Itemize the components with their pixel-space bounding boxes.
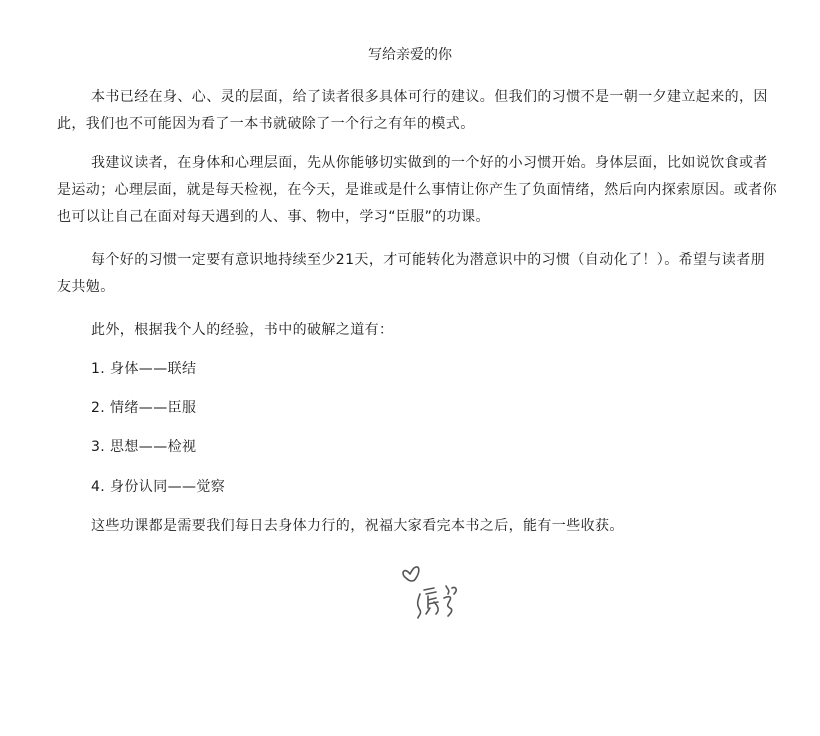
list-item: 3. 思想——检视 <box>91 438 196 456</box>
list-item: 4. 身份认同——觉察 <box>91 478 225 496</box>
list-item: 2. 情绪——臣服 <box>91 399 196 417</box>
signature-icon <box>398 556 468 620</box>
document-title: 写给亲爱的你 <box>0 46 820 64</box>
paragraph-1: 本书已经在身、心、灵的层面，给了读者很多具体可行的建议。但我们的习惯不是一朝一夕… <box>57 84 777 138</box>
intro-line: 此外，根据我个人的经验，书中的破解之道有： <box>91 321 393 339</box>
paragraph-2: 我建议读者，在身体和心理层面，先从你能够切实做到的一个好的小习惯开始。身体层面，… <box>57 150 777 231</box>
signature-image <box>398 556 468 620</box>
list-item: 1. 身体——联结 <box>91 360 196 378</box>
closing-line: 这些功课都是需要我们每日去身体力行的，祝福大家看完本书之后，能有一些收获。 <box>91 517 624 535</box>
paragraph-3: 每个好的习惯一定要有意识地持续至少21天，才可能转化为潜意识中的习惯（自动化了！… <box>57 247 777 301</box>
